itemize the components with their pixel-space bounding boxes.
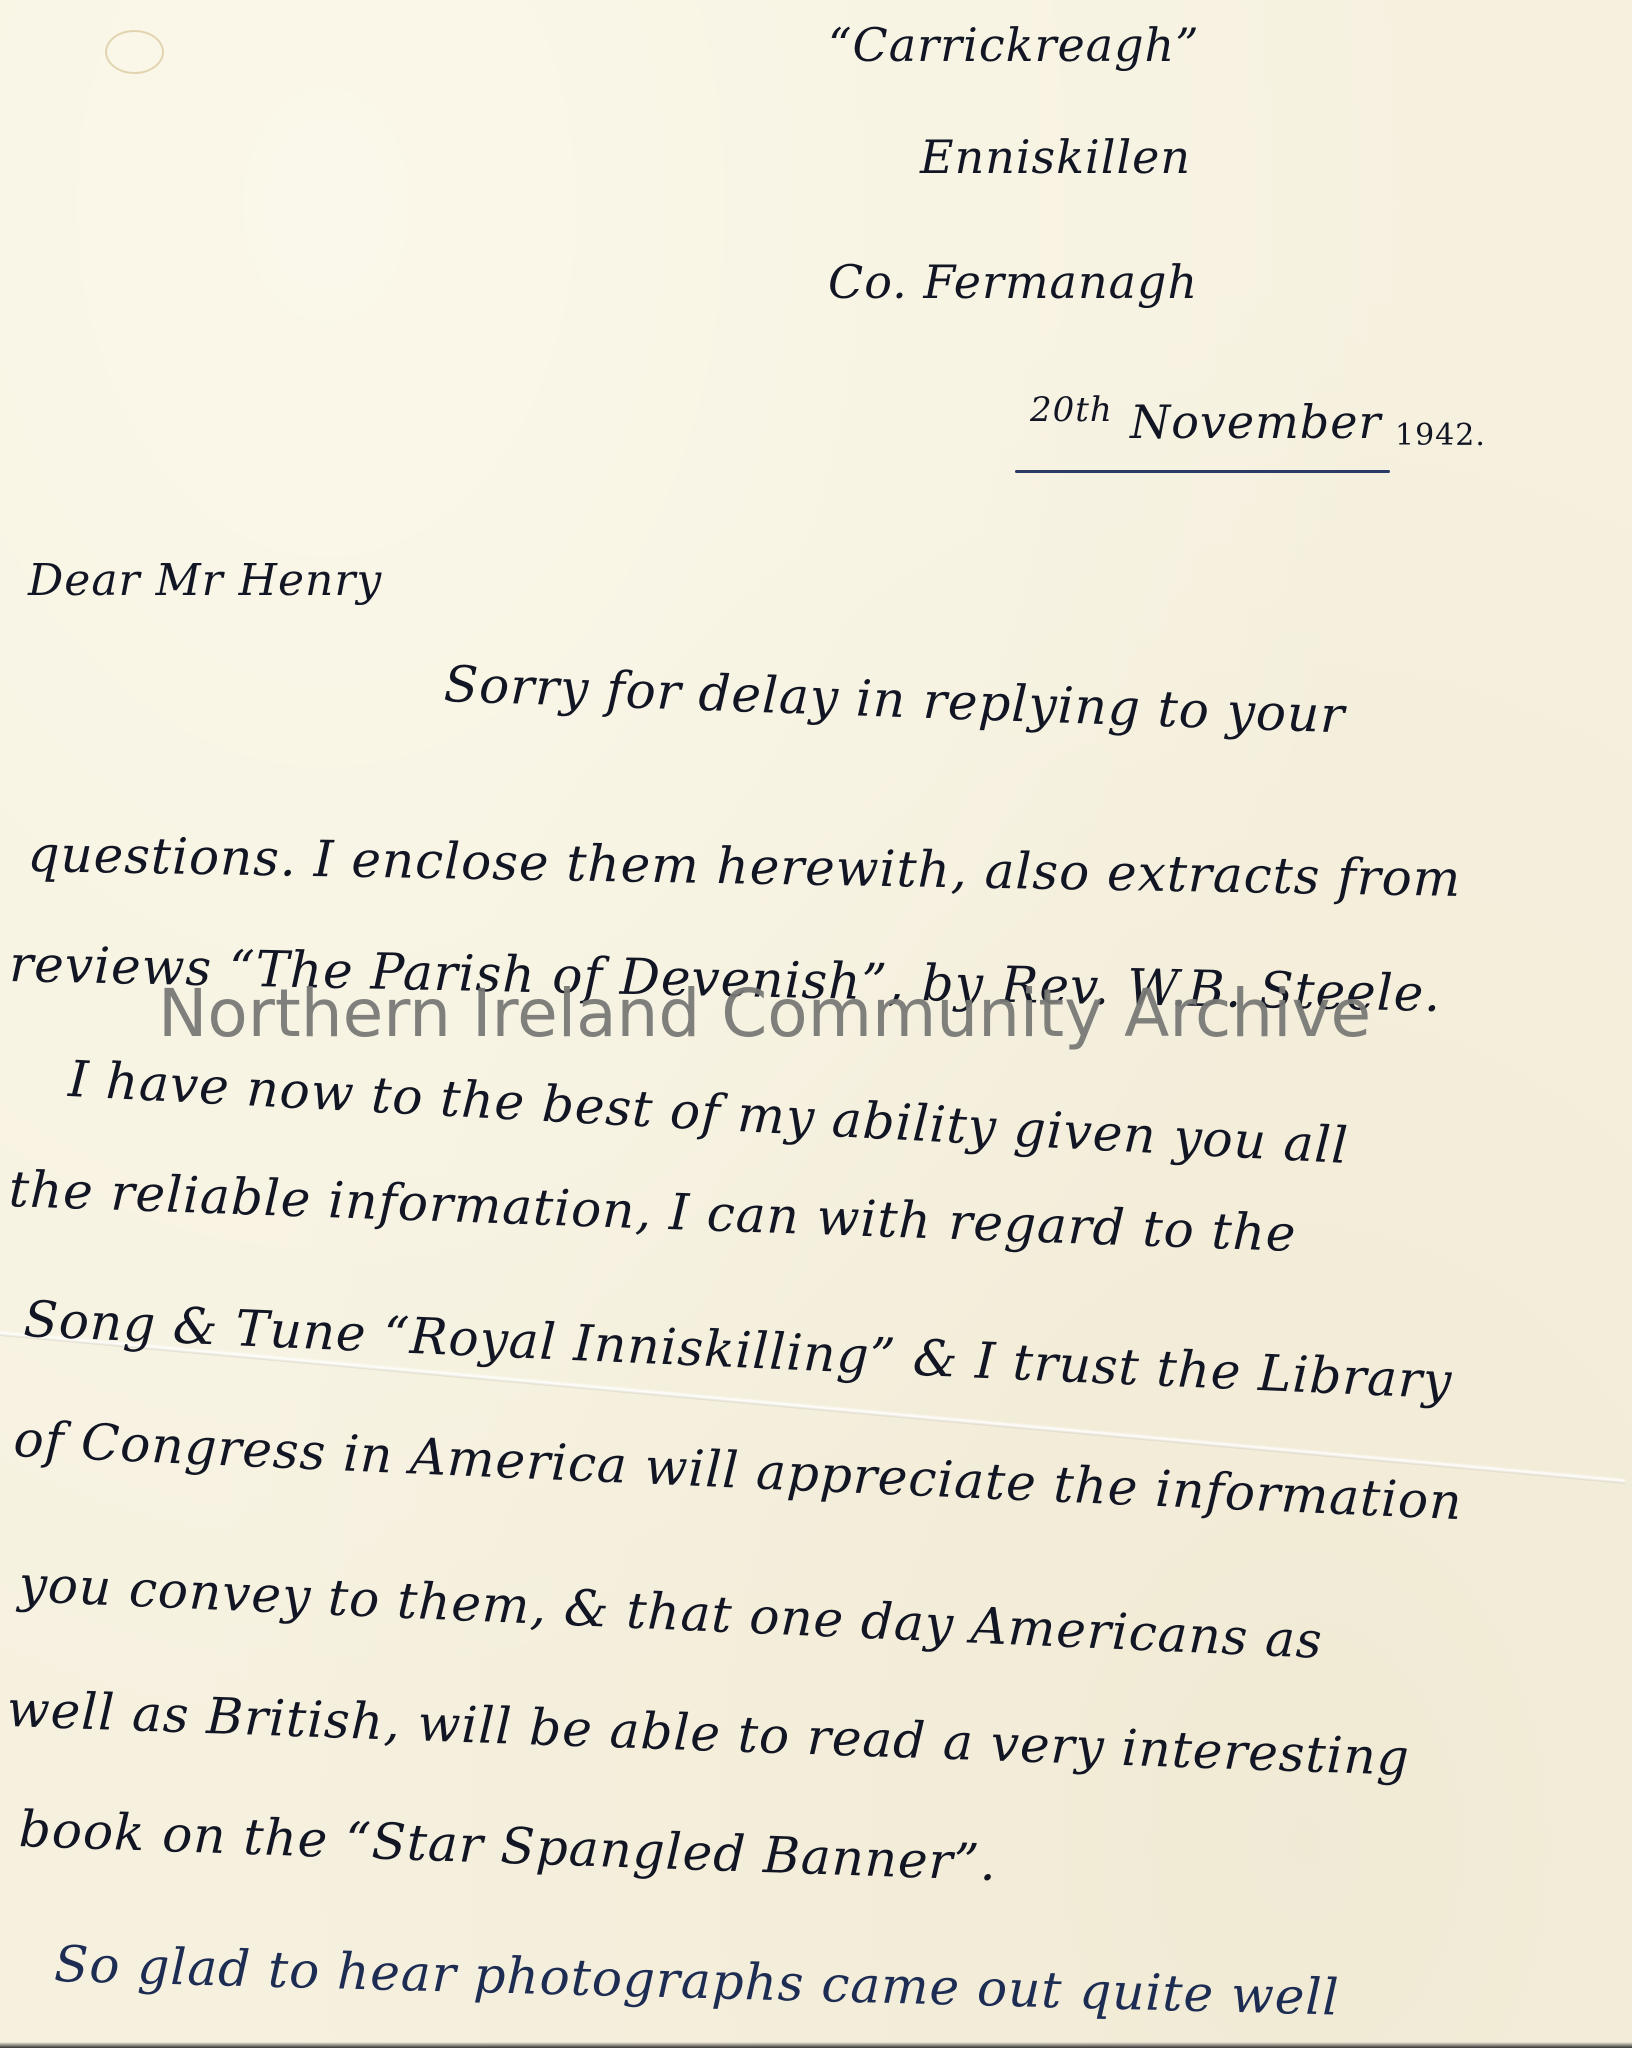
- page-bottom-edge: [0, 2042, 1632, 2048]
- date-underline: [1015, 470, 1390, 473]
- date-year: 1942.: [1395, 418, 1486, 453]
- date-month: November: [1130, 395, 1381, 449]
- date-day: 20th: [1030, 390, 1113, 430]
- address-line-county: Co. Fermanagh: [828, 255, 1198, 309]
- paper-stain: [105, 30, 164, 74]
- address-line-town: Enniskillen: [920, 130, 1191, 184]
- salutation: Dear Mr Henry: [28, 555, 382, 606]
- archive-watermark: Northern Ireland Community Archive: [158, 975, 1371, 1052]
- address-line-house: “Carrickreagh”: [828, 18, 1200, 72]
